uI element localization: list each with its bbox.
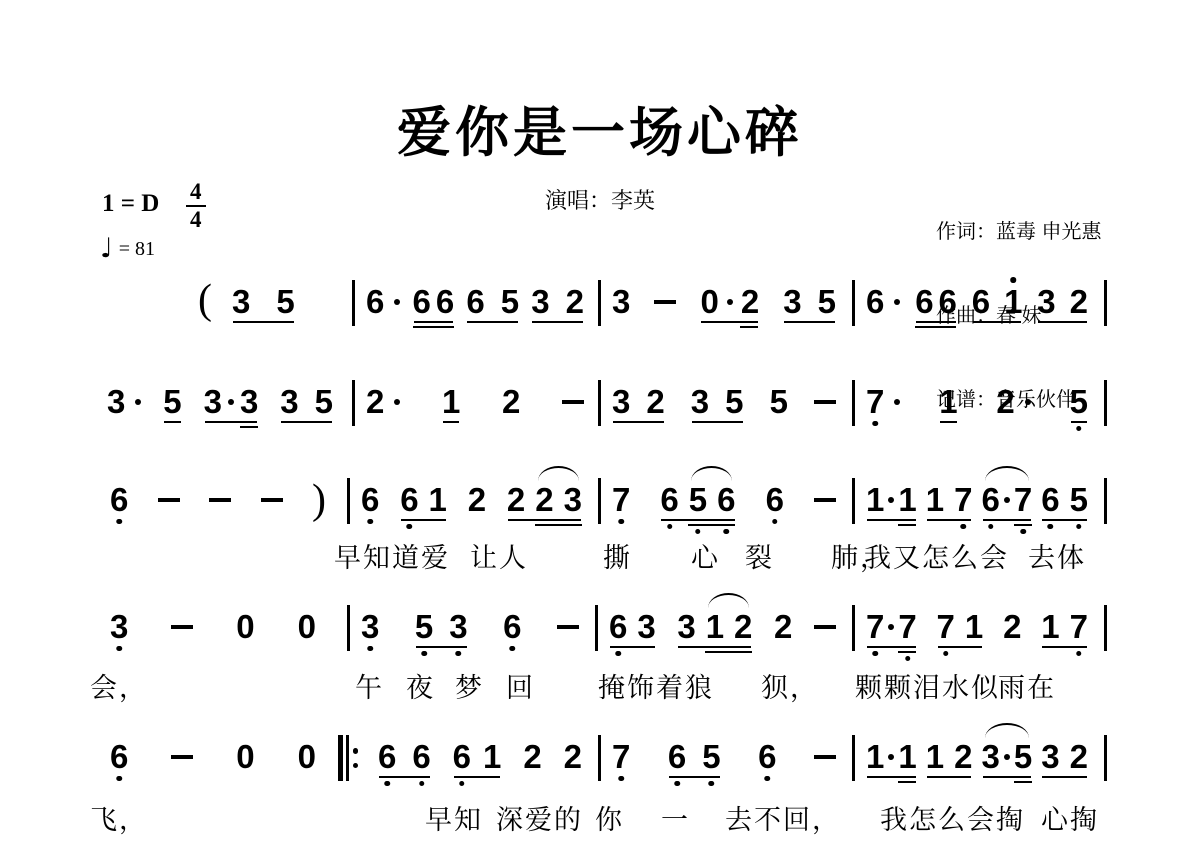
measure: 11176765 [854,483,1100,517]
beam-line [379,776,430,779]
notes-row: 0 [298,740,316,774]
octave-dot-low [116,519,122,525]
tempo-marking: ♩ = 81 [100,234,155,264]
slur-arc [691,466,732,481]
note-group: 0 [236,740,254,774]
credit-lyricist: 作词：蓝毒 申光惠 [936,218,1102,246]
note-digit: 3 [232,285,250,319]
note-digit: 3 [637,610,655,644]
note-digit: 6 [110,740,128,774]
note-digit: 7 [898,610,916,644]
dash-rest-bar [562,400,584,404]
notes-row: 5 [163,385,181,419]
lyric-segment: 掩饰着狼 [598,666,714,705]
beam-line-2 [1014,781,1032,784]
note-digit: 1 [965,610,983,644]
score-line: 6)66122237656611176765 [0,483,1200,517]
lyric-segment: 夜 [406,666,435,705]
note-digit: 0 [700,285,718,319]
notes-row: 17 [926,483,973,517]
note-digit: 1 [442,385,460,419]
note-group: 3 [110,610,128,644]
note-digit: 3 [361,610,379,644]
beam-line-2 [688,524,735,527]
notes-row: 5 [770,385,788,419]
note-group: 17 [926,483,973,517]
note-digit: 6 [982,483,1000,517]
note-digit: 3 [449,610,467,644]
notes-row: 7 [612,483,630,517]
note-group: 17 [1041,610,1088,644]
beam-line [610,646,655,649]
note-group: 312 [677,610,752,644]
notes-row: 1 [442,385,460,419]
note-digit: 6 [972,285,990,319]
score-line: (356666532302356666132 [0,285,1200,319]
notes-row: 67 [982,483,1033,517]
note-group: 3 [107,385,141,419]
note-digit: 2 [502,385,520,419]
notes-row: 3 [110,610,128,644]
note-digit: 6 [400,483,418,517]
note-digit: 1 [1004,285,1022,319]
note-group: 6 [110,483,128,517]
note-group: 6 [766,483,784,517]
octave-dot-low [421,651,427,657]
note-digit: 6 [412,740,430,774]
note-digit: 2 [996,385,1014,419]
octave-dot-low [667,524,673,530]
beam-line [467,321,518,324]
key-signature: 1 = D [102,190,159,218]
note-digit: 2 [646,385,664,419]
note-digit: 6 [668,740,686,774]
octave-dot-low [709,781,715,787]
beam-line [867,519,916,522]
lyric-segment: 去体 [1028,536,1086,575]
lyric-segment: 一 [661,798,690,837]
dash-rest-bar [814,400,836,404]
lyric-segment: 雨在 [998,666,1056,705]
notes-row: 6 [366,285,400,319]
lyric-segment: 颗颗泪水似 [855,666,1000,705]
beam-line [940,421,956,424]
beam-line [669,776,720,779]
note-digit: 5 [702,740,720,774]
lyric-segment: 去不回， [725,798,841,837]
note-group: 35 [783,285,836,319]
lyric-segment: 裂 [745,536,774,575]
measure: 6612223 [349,483,594,517]
note-group: 61 [972,285,1023,319]
octave-dot-low [618,519,624,525]
note-digit: 6 [1041,483,1059,517]
note-group: 66 [378,740,431,774]
note-digit: 1 [939,385,957,419]
notes-row: 2 [502,385,520,419]
note-group: 61 [400,483,447,517]
notes-row: 312 [677,610,752,644]
measure: 666122 [366,740,594,774]
note-digit: 2 [741,285,759,319]
note-digit: 2 [564,740,582,774]
beam-line [1038,321,1087,324]
octave-dot-low [116,776,122,782]
notes-row: 2 [468,483,486,517]
note-digit: 3 [783,285,801,319]
beam-line-2 [898,524,916,527]
note-digit: 5 [163,385,181,419]
note-digit: 5 [1070,483,1088,517]
notes-row: 61 [972,285,1023,319]
note-digit: 7 [612,740,630,774]
lyric-segment: 回 [506,666,535,705]
beam-line [927,519,972,522]
notes-row: 2 [366,385,400,419]
repeat-sign [338,735,358,781]
dash-rest [654,285,676,319]
note-digit: 3 [531,285,549,319]
measure: 6) [98,483,338,517]
dash-rest-bar [261,498,283,502]
dash-rest [814,610,836,644]
score-line: 600666122765611123532 [0,740,1200,774]
note-digit: 5 [725,385,743,419]
note-digit: 6 [939,285,957,319]
note-digit: 3 [107,385,125,419]
note-digit: 7 [1014,483,1032,517]
octave-dot-low [384,781,390,787]
note-group: 65 [668,740,721,774]
beam-line-2 [898,781,916,784]
octave-dot-low [1048,524,1054,530]
notes-row: 3 [361,610,379,644]
octave-dot-low [367,646,373,652]
beam-line [205,421,258,424]
notes-row: 7 [866,385,900,419]
repeat-thin-bar [346,735,349,781]
note-group: 5 [1070,385,1088,419]
notes-row: 66 [413,285,455,319]
note-digit: 1 [866,740,884,774]
notes-row: 656 [660,483,735,517]
note-digit: 5 [1070,385,1088,419]
note-group: 0 [236,610,254,644]
note-group: 2 [564,740,582,774]
beam-line [416,646,467,649]
octave-dot-low [943,651,949,657]
barline [1104,735,1107,781]
note-group: 7 [612,483,630,517]
beam-line [414,321,454,324]
beam-line [916,321,956,324]
beam-line [701,321,758,324]
notes-row: 0 [236,740,254,774]
octave-dot-low [772,519,778,525]
barline [1104,605,1107,651]
note-digit: 3 [204,385,222,419]
notes-row: 35 [280,385,333,419]
notes-row: 6 [110,740,128,774]
dash-rest [814,483,836,517]
note-group: 35 [982,740,1033,774]
beam-line [443,421,459,424]
beam-line [508,519,581,522]
quarter-note-icon: ♩ [100,234,113,264]
notes-row: 53 [415,610,468,644]
beam-line [983,519,1032,522]
note-digit: 3 [564,483,582,517]
beam-line [281,421,332,424]
note-group: 2 [774,610,792,644]
note-digit: 1 [483,740,501,774]
score-line: 30035366331227771217 [0,610,1200,644]
octave-dot-low [988,524,994,530]
notes-row: 6 [110,483,128,517]
dash-rest-bar [209,498,231,502]
repeat-dot [353,763,359,769]
augmentation-dot [888,497,894,503]
note-group: 2 [366,385,400,419]
octave-dot-low [724,529,730,535]
measure: 6666532 [354,285,596,319]
notes-row: 11 [866,740,917,774]
dash-rest [261,483,283,517]
note-group: 66 [413,285,455,319]
note-digit: 2 [1070,285,1088,319]
beam-line [532,321,583,324]
notes-row: 32 [1041,740,1088,774]
dash-rest-bar [158,498,180,502]
dash-rest [158,483,180,517]
barline [1104,478,1107,524]
note-digit: 0 [298,610,316,644]
note-digit: 5 [689,483,707,517]
dash-rest [562,385,584,419]
notes-row: 6 [503,610,521,644]
note-digit: 5 [501,285,519,319]
measure: 353335 [95,385,345,419]
slur-arc [708,593,749,608]
notes-row: 3 [107,385,141,419]
beam-line [233,321,294,324]
octave-dot-low [1076,426,1082,432]
notes-row: 3 [612,285,630,319]
notes-row: 35 [232,285,295,319]
note-digit: 0 [236,740,254,774]
dash-rest-bar [654,300,676,304]
octave-dot-low [765,776,771,782]
notes-row: 71 [937,610,984,644]
lyric-segment: 心掏 [1041,798,1099,837]
beam-line [938,646,983,649]
octave-dot-low [1076,651,1082,657]
repeat-dots [353,735,359,781]
note-group: 65 [466,285,519,319]
notes-row: 35 [783,285,836,319]
lyric-segment: 早知 [425,798,483,837]
notes-row: 6 [866,285,900,319]
measure: 7125 [854,385,1100,419]
note-group: 67 [982,483,1033,517]
note-digit: 5 [415,610,433,644]
note-group: 33 [204,385,259,419]
beam-line-2 [535,524,582,527]
octave-dot-low [695,529,701,535]
lyric-segment: 撕 [603,536,632,575]
measure: 11123532 [854,740,1100,774]
note-group: 3 [361,610,379,644]
note-group: 77 [866,610,917,644]
notes-row: 32 [612,385,665,419]
dash-rest-bar [171,625,193,629]
measure: 300 [98,610,328,644]
note-group: 3 [612,285,630,319]
augmentation-dot [394,399,400,405]
notes-row: 61 [400,483,447,517]
octave-dot-low [961,524,967,530]
lyric-segment: 让人 [470,536,528,575]
note-digit: 6 [660,483,678,517]
note-group: 32 [1037,285,1088,319]
measure: 76566 [600,483,848,517]
note-group: 66 [915,285,957,319]
note-digit: 3 [677,610,695,644]
note-digit: 3 [982,740,1000,774]
note-digit: 3 [612,285,630,319]
note-digit: 2 [774,610,792,644]
augmentation-dot [894,299,900,305]
note-digit: 2 [734,610,752,644]
beam-line [1042,646,1087,649]
slur-arc [538,466,579,481]
notes-row: 32 [1037,285,1088,319]
dash-rest-bar [814,625,836,629]
note-digit: 6 [366,285,384,319]
beam-line-2 [740,326,758,329]
note-digit: 6 [413,285,431,319]
beam-line [1042,776,1087,779]
note-digit: 2 [1003,610,1021,644]
beam-line [613,421,664,424]
beam-line [454,776,501,779]
tempo-value: = 81 [119,238,155,261]
note-digit: 6 [436,285,454,319]
beam-line-2 [413,326,454,329]
notes-row: 223 [507,483,582,517]
barline [1104,380,1107,426]
note-group: 71 [937,610,984,644]
beam-line [1042,519,1087,522]
octave-dot-low [116,646,122,652]
note-group: 656 [660,483,735,517]
octave-dot-low [905,656,911,662]
notes-row: 61 [453,740,502,774]
notes-row: 35 [982,740,1033,774]
note-group: 6 [758,740,776,774]
augmentation-dot [1004,754,1010,760]
note-group: 63 [609,610,656,644]
notes-row: 2 [564,740,582,774]
notes-row: 2 [1003,610,1021,644]
notes-row: 5 [1070,385,1088,419]
notes-row: 65 [1041,483,1088,517]
notes-row: 12 [926,740,973,774]
note-group: 35 [232,285,295,319]
note-digit: 6 [361,483,379,517]
measure: 3536 [349,610,591,644]
note-digit: 7 [937,610,955,644]
octave-dot-low [615,651,621,657]
note-group: 53 [415,610,468,644]
augmentation-dot [894,399,900,405]
note-digit: 0 [298,740,316,774]
note-group: 12 [926,740,973,774]
note-digit: 6 [466,285,484,319]
note-digit: 5 [276,285,294,319]
measure: 6666132 [854,285,1100,319]
measure: 30235 [600,285,848,319]
dash-rest [209,483,231,517]
notes-row: 2 [996,385,1030,419]
note-group: 6 [866,285,900,319]
lyric-segment: 会， [90,666,148,705]
lyric-segment: 你 [595,798,624,837]
note-digit: 5 [315,385,333,419]
augmentation-dot [1025,399,1031,405]
notes-row: 63 [609,610,656,644]
note-digit: 7 [1070,610,1088,644]
note-group: 32 [612,385,665,419]
note-digit: 6 [915,285,933,319]
note-group: 0 [298,740,316,774]
measure: 32355 [600,385,848,419]
measure: 633122 [597,610,848,644]
beam-line [867,646,916,649]
note-digit: 2 [1070,740,1088,774]
note-digit: 2 [468,483,486,517]
notes-row: 77 [866,610,917,644]
note-digit: 6 [609,610,627,644]
dash-rest [171,610,193,644]
beam-line-2 [1014,524,1032,527]
notes-row: 02 [700,285,759,319]
notes-row: 6 [361,483,379,517]
note-digit: 6 [378,740,396,774]
dash-rest-bar [557,625,579,629]
notes-row: 7 [612,740,630,774]
note-group: 223 [507,483,582,517]
lyric-segment: 我怎么会掏 [880,798,1025,837]
notes-row: 11 [866,483,917,517]
lyric-segment: 我又怎么会 [864,536,1009,575]
beam-line [678,646,751,649]
note-group: 35 [280,385,333,419]
close-paren: ) [312,483,326,517]
dash-rest-bar [814,755,836,759]
note-digit: 3 [240,385,258,419]
lyric-segment: 深爱的 [496,798,583,837]
notes-row: 2 [523,740,541,774]
time-signature-numerator: 4 [186,180,206,207]
measure: 600 [98,740,328,774]
notes-row: 33 [204,385,259,419]
note-digit: 1 [706,610,724,644]
note-digit: 2 [507,483,525,517]
note-group: 6 [503,610,521,644]
note-group: 32 [531,285,584,319]
lyric-segment: 早 [334,536,363,575]
